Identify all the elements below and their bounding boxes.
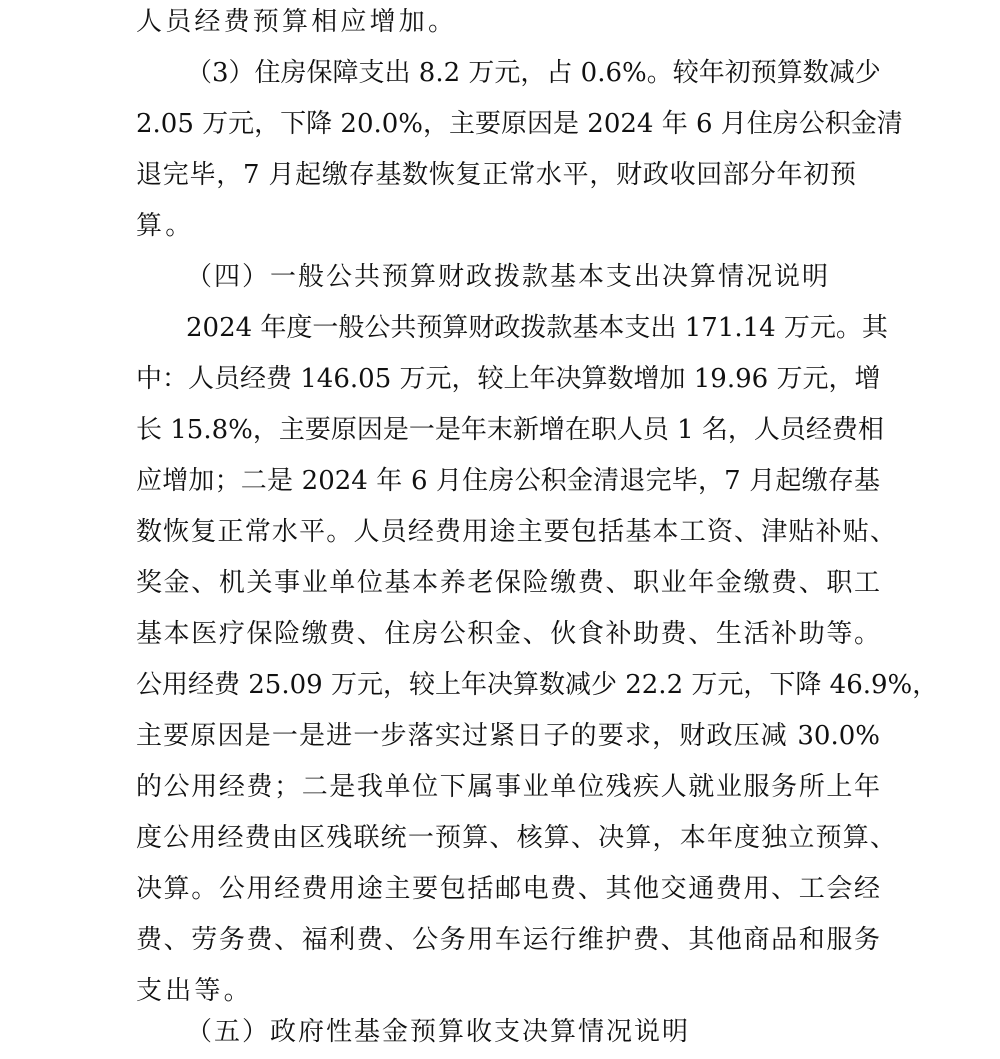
paragraph-line: 应增加；二是 2024 年 6 月住房公积金清退完毕，7 月起缴存基: [136, 461, 880, 501]
paragraph-line: 2.05 万元，下降 20.0%，主要原因是 2024 年 6 月住房公积金清: [136, 104, 880, 144]
paragraph-line: 退完毕，7 月起缴存基数恢复正常水平，财政收回部分年初预: [136, 155, 856, 195]
paragraph-line: 公用经费 25.09 万元，较上年决算数减少 22.2 万元，下降 46.9%，: [136, 665, 880, 705]
document-page: 人员经费预算相应增加。 （3）住房保障支出 8.2 万元，占 0.6%。较年初预…: [0, 0, 1000, 1059]
section-heading-4: （四）一般公共预算财政拨款基本支出决算情况说明: [186, 257, 830, 297]
paragraph-line: 决算。公用经费用途主要包括邮电费、其他交通费用、工会经: [136, 869, 880, 909]
paragraph-line: 中：人员经费 146.05 万元，较上年决算数增加 19.96 万元，增: [136, 359, 880, 399]
paragraph-line: 基本医疗保险缴费、住房公积金、伙食补助费、生活补助等。: [136, 614, 880, 654]
paragraph-line: 度公用经费由区残联统一预算、核算、决算，本年度独立预算、: [136, 818, 896, 858]
paragraph-line: 人员经费预算相应增加。: [136, 2, 457, 42]
paragraph-line: 奖金、机关事业单位基本养老保险缴费、职业年金缴费、职工: [136, 563, 880, 603]
paragraph-line: 的公用经费；二是我单位下属事业单位残疾人就业服务所上年: [136, 767, 880, 807]
paragraph-line: 2024 年度一般公共预算财政拨款基本支出 171.14 万元。其: [186, 308, 880, 348]
section-heading-5: （五）政府性基金预算收支决算情况说明: [186, 1012, 690, 1052]
paragraph-line: （3）住房保障支出 8.2 万元，占 0.6%。较年初预算数减少: [186, 53, 880, 93]
paragraph-line: 数恢复正常水平。人员经费用途主要包括基本工资、津贴补贴、: [136, 512, 896, 552]
paragraph-line: 算。: [136, 206, 194, 246]
paragraph-line: 费、劳务费、福利费、公务用车运行维护费、其他商品和服务: [136, 920, 880, 960]
paragraph-line: 主要原因是一是进一步落实过紧日子的要求，财政压减 30.0%: [136, 716, 880, 756]
paragraph-line: 支出等。: [136, 971, 253, 1011]
paragraph-line: 长 15.8%，主要原因是一是年末新增在职人员 1 名，人员经费相: [136, 410, 880, 450]
